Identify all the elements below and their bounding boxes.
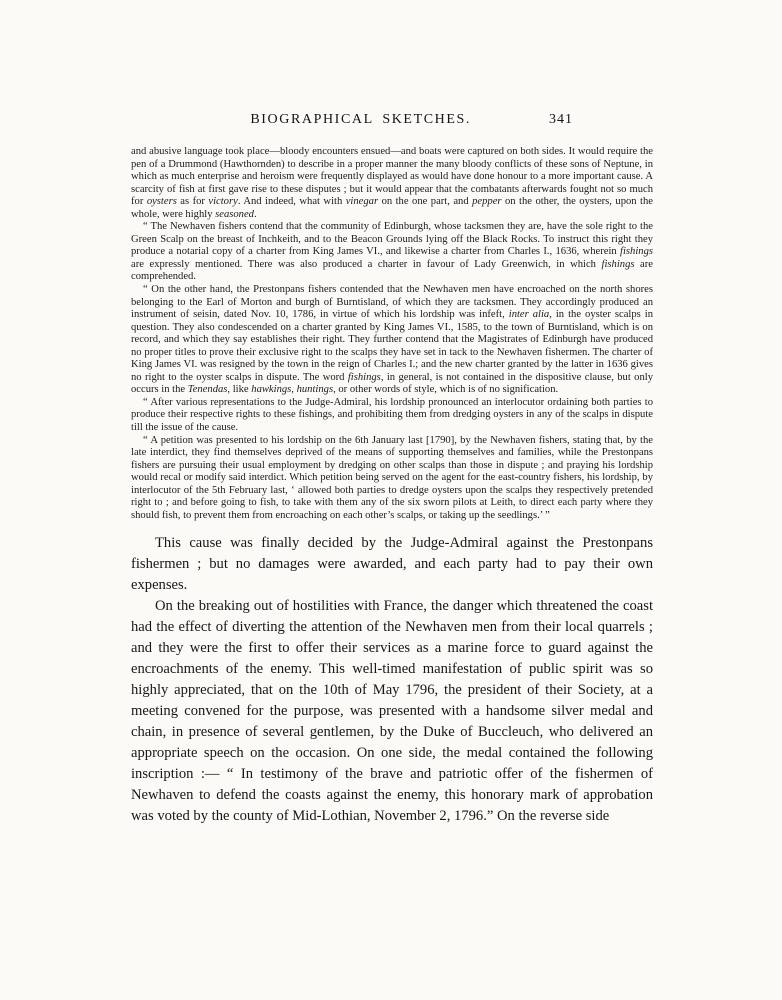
page-number: 341 xyxy=(549,112,573,128)
book-page: BIOGRAPHICAL SKETCHES. 341 and abusive l… xyxy=(0,0,782,1000)
excerpt-paragraph-petition: “ A petition was presented to his lordsh… xyxy=(131,435,653,523)
running-head: BIOGRAPHICAL SKETCHES. 341 xyxy=(131,112,653,134)
body-paragraph-france-medal: On the breaking out of hostilities with … xyxy=(131,596,653,827)
page-content: BIOGRAPHICAL SKETCHES. 341 and abusive l… xyxy=(131,112,653,827)
excerpt-paragraph-newhaven-claim: “ The Newhaven fishers contend that the … xyxy=(131,221,653,284)
body-text-block: This cause was finally decided by the Ju… xyxy=(131,533,653,827)
excerpt-paragraph-prestonpans-claim: “ On the other hand, the Prestonpans fis… xyxy=(131,284,653,397)
excerpt-paragraph-continuation: and abusive language took place—bloody e… xyxy=(131,146,653,221)
body-paragraph-decision: This cause was finally decided by the Ju… xyxy=(131,533,653,596)
excerpt-paragraph-interlocutor: “ After various representations to the J… xyxy=(131,397,653,435)
quoted-excerpt-block: and abusive language took place—bloody e… xyxy=(131,146,653,522)
page-title: BIOGRAPHICAL SKETCHES. xyxy=(250,112,471,128)
